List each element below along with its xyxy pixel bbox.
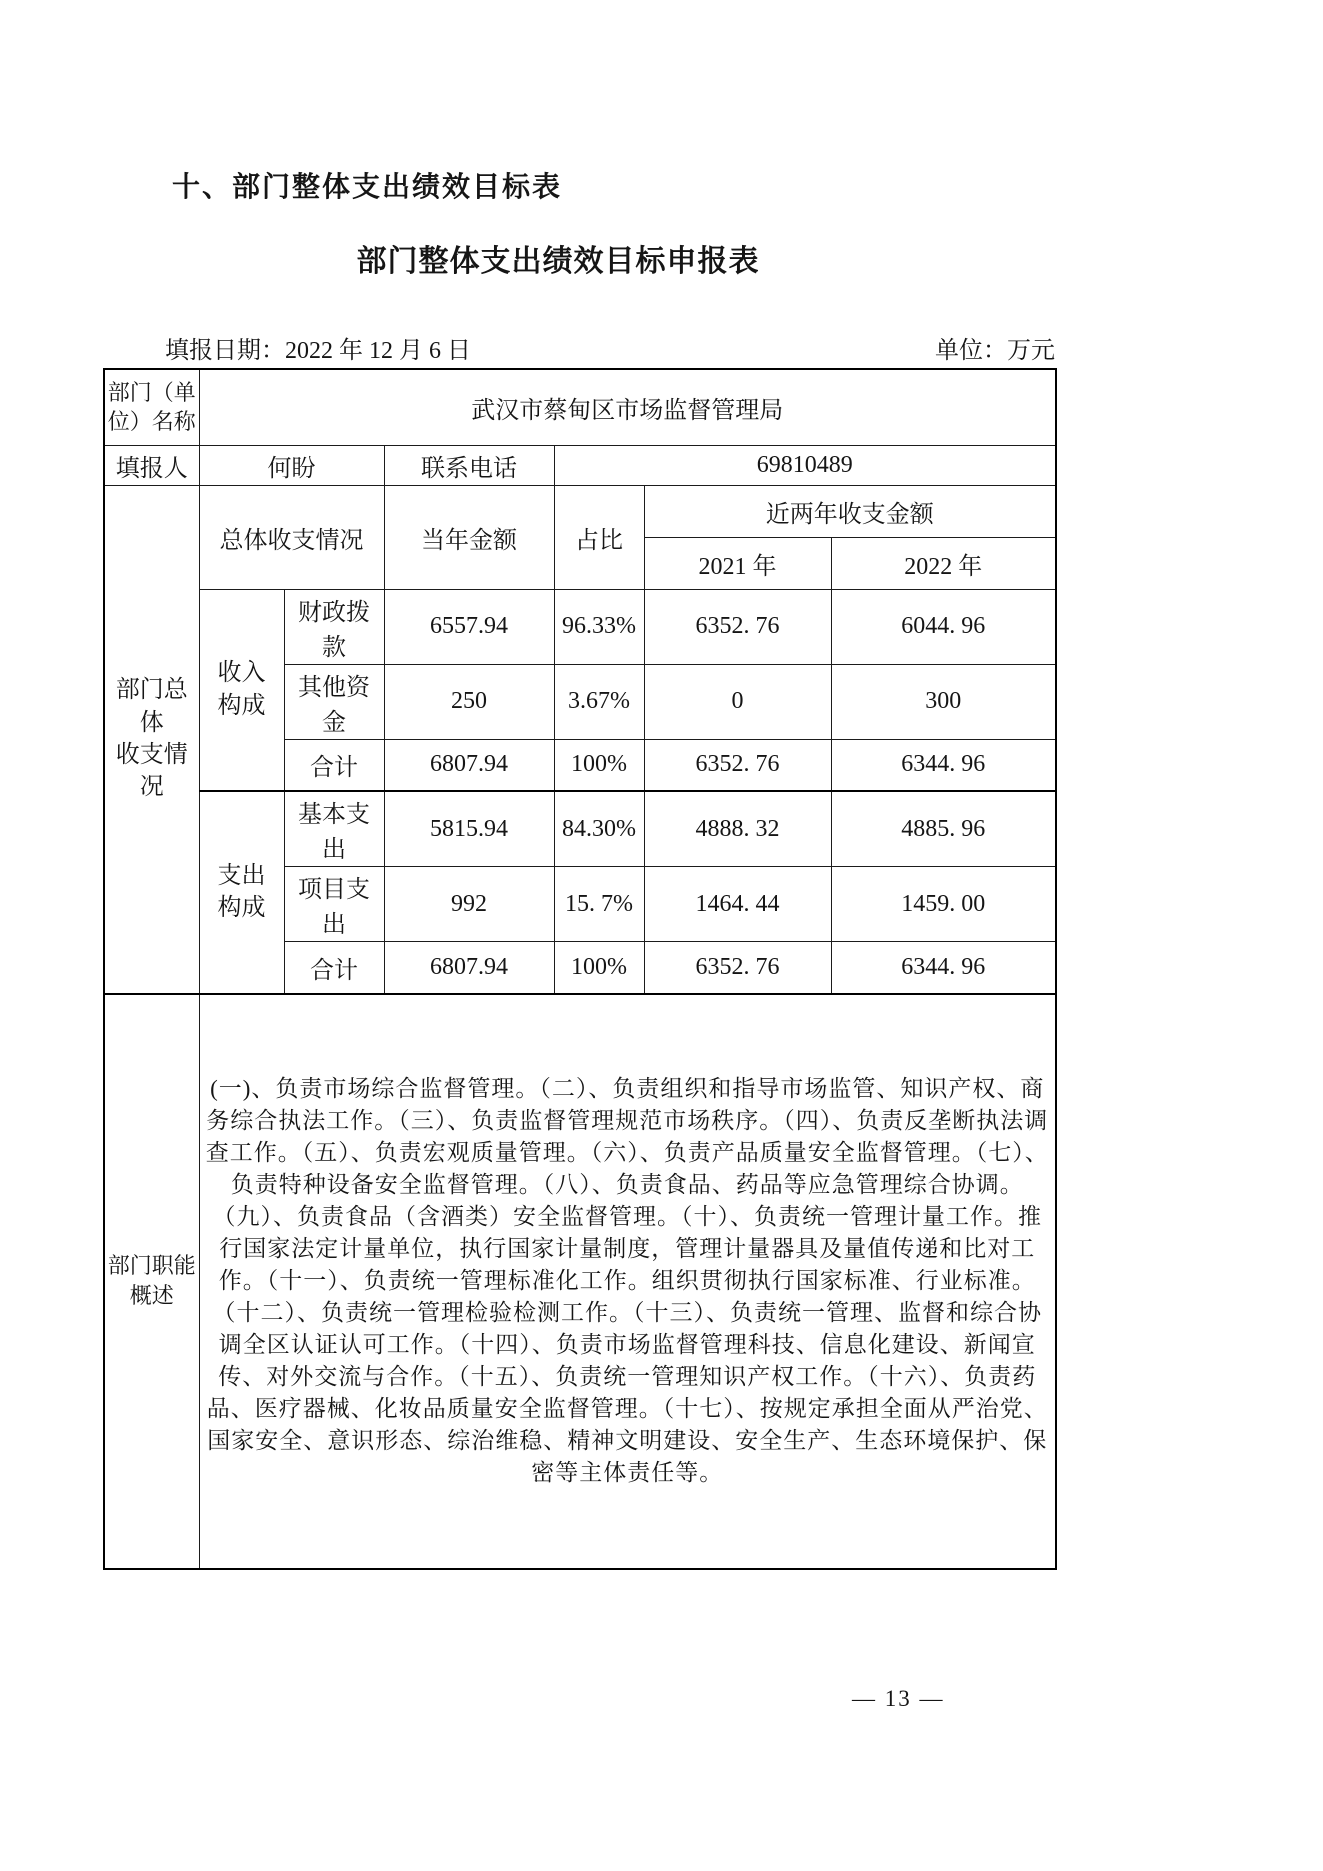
header-current-amount-cell: 当年金额 [384, 485, 554, 589]
header-category-cell: 总体收支情况 [199, 485, 384, 589]
expense-row-1: 支出 构成 基本支出 5815.94 84.30% 4888. 32 4885.… [104, 791, 1056, 867]
function-text-cell: (一)、负责市场综合监督管理。（二）、负责组织和指导市场监管、知识产权、商务综合… [199, 994, 1056, 1569]
ratio-cell: 84.30% [554, 791, 644, 867]
function-row: 部门职能 概述 (一)、负责市场综合监督管理。（二）、负责组织和指导市场监管、知… [104, 994, 1056, 1569]
year2021-cell: 1464. 44 [644, 867, 831, 942]
amount-cell: 6557.94 [384, 589, 554, 664]
year2021-cell: 0 [644, 664, 831, 739]
page-number: — 13 — [852, 1686, 945, 1712]
filler-name-cell: 何盼 [199, 445, 384, 485]
row-label-cell: 基本支出 [284, 791, 384, 867]
ratio-cell: 3.67% [554, 664, 644, 739]
year2022-cell: 300 [831, 664, 1056, 739]
dept-name-cell: 武汉市蔡甸区市场监督管理局 [199, 369, 1056, 445]
row-label-cell: 合计 [284, 739, 384, 791]
header-year-2022-cell: 2022 年 [831, 537, 1056, 589]
meta-row: 填报日期：2022 年 12 月 6 日 单位：万元 [103, 330, 1055, 365]
year2022-cell: 6344. 96 [831, 739, 1056, 791]
amount-cell: 6807.94 [384, 942, 554, 994]
year2021-cell: 6352. 76 [644, 739, 831, 791]
amount-cell: 6807.94 [384, 739, 554, 791]
dept-label-cell: 部门（单 位）名称 [104, 369, 199, 445]
header-year-2021-cell: 2021 年 [644, 537, 831, 589]
amount-cell: 5815.94 [384, 791, 554, 867]
year2022-cell: 6344. 96 [831, 942, 1056, 994]
header-ratio-cell: 占比 [554, 485, 644, 589]
function-label-cell: 部门职能 概述 [104, 994, 199, 1569]
header-two-years-cell: 近两年收支金额 [644, 485, 1056, 537]
ratio-cell: 15. 7% [554, 867, 644, 942]
phone-number-cell: 69810489 [554, 445, 1056, 485]
income-group-label-cell: 收入 构成 [199, 589, 284, 791]
expense-group-label-cell: 支出 构成 [199, 791, 284, 994]
year2022-cell: 4885. 96 [831, 791, 1056, 867]
section-title: 十、部门整体支出绩效目标表 [172, 165, 562, 205]
row-label-cell: 项目支出 [284, 867, 384, 942]
year2021-cell: 6352. 76 [644, 942, 831, 994]
row-label-cell: 财政拨款 [284, 589, 384, 664]
fill-date-label: 填报日期：2022 年 12 月 6 日 [165, 330, 471, 365]
unit-label: 单位：万元 [935, 330, 1055, 365]
year2021-cell: 6352. 76 [644, 589, 831, 664]
form-title: 部门整体支出绩效目标申报表 [103, 236, 1013, 280]
amount-cell: 992 [384, 867, 554, 942]
filler-label-cell: 填报人 [104, 445, 199, 485]
year2021-cell: 4888. 32 [644, 791, 831, 867]
filler-row: 填报人 何盼 联系电话 69810489 [104, 445, 1056, 485]
performance-target-table: 部门（单 位）名称 武汉市蔡甸区市场监督管理局 填报人 何盼 联系电话 6981… [103, 368, 1057, 1570]
row-label-cell: 其他资金 [284, 664, 384, 739]
dept-name-row: 部门（单 位）名称 武汉市蔡甸区市场监督管理局 [104, 369, 1056, 445]
ratio-cell: 100% [554, 739, 644, 791]
ratio-cell: 100% [554, 942, 644, 994]
ratio-cell: 96.33% [554, 589, 644, 664]
year2022-cell: 6044. 96 [831, 589, 1056, 664]
row-label-cell: 合计 [284, 942, 384, 994]
header-row-1: 部门总体 收支情况 总体收支情况 当年金额 占比 近两年收支金额 [104, 485, 1056, 537]
phone-label-cell: 联系电话 [384, 445, 554, 485]
amount-cell: 250 [384, 664, 554, 739]
income-row-1: 收入 构成 财政拨款 6557.94 96.33% 6352. 76 6044.… [104, 589, 1056, 664]
overview-section-label-cell: 部门总体 收支情况 [104, 485, 199, 994]
year2022-cell: 1459. 00 [831, 867, 1056, 942]
